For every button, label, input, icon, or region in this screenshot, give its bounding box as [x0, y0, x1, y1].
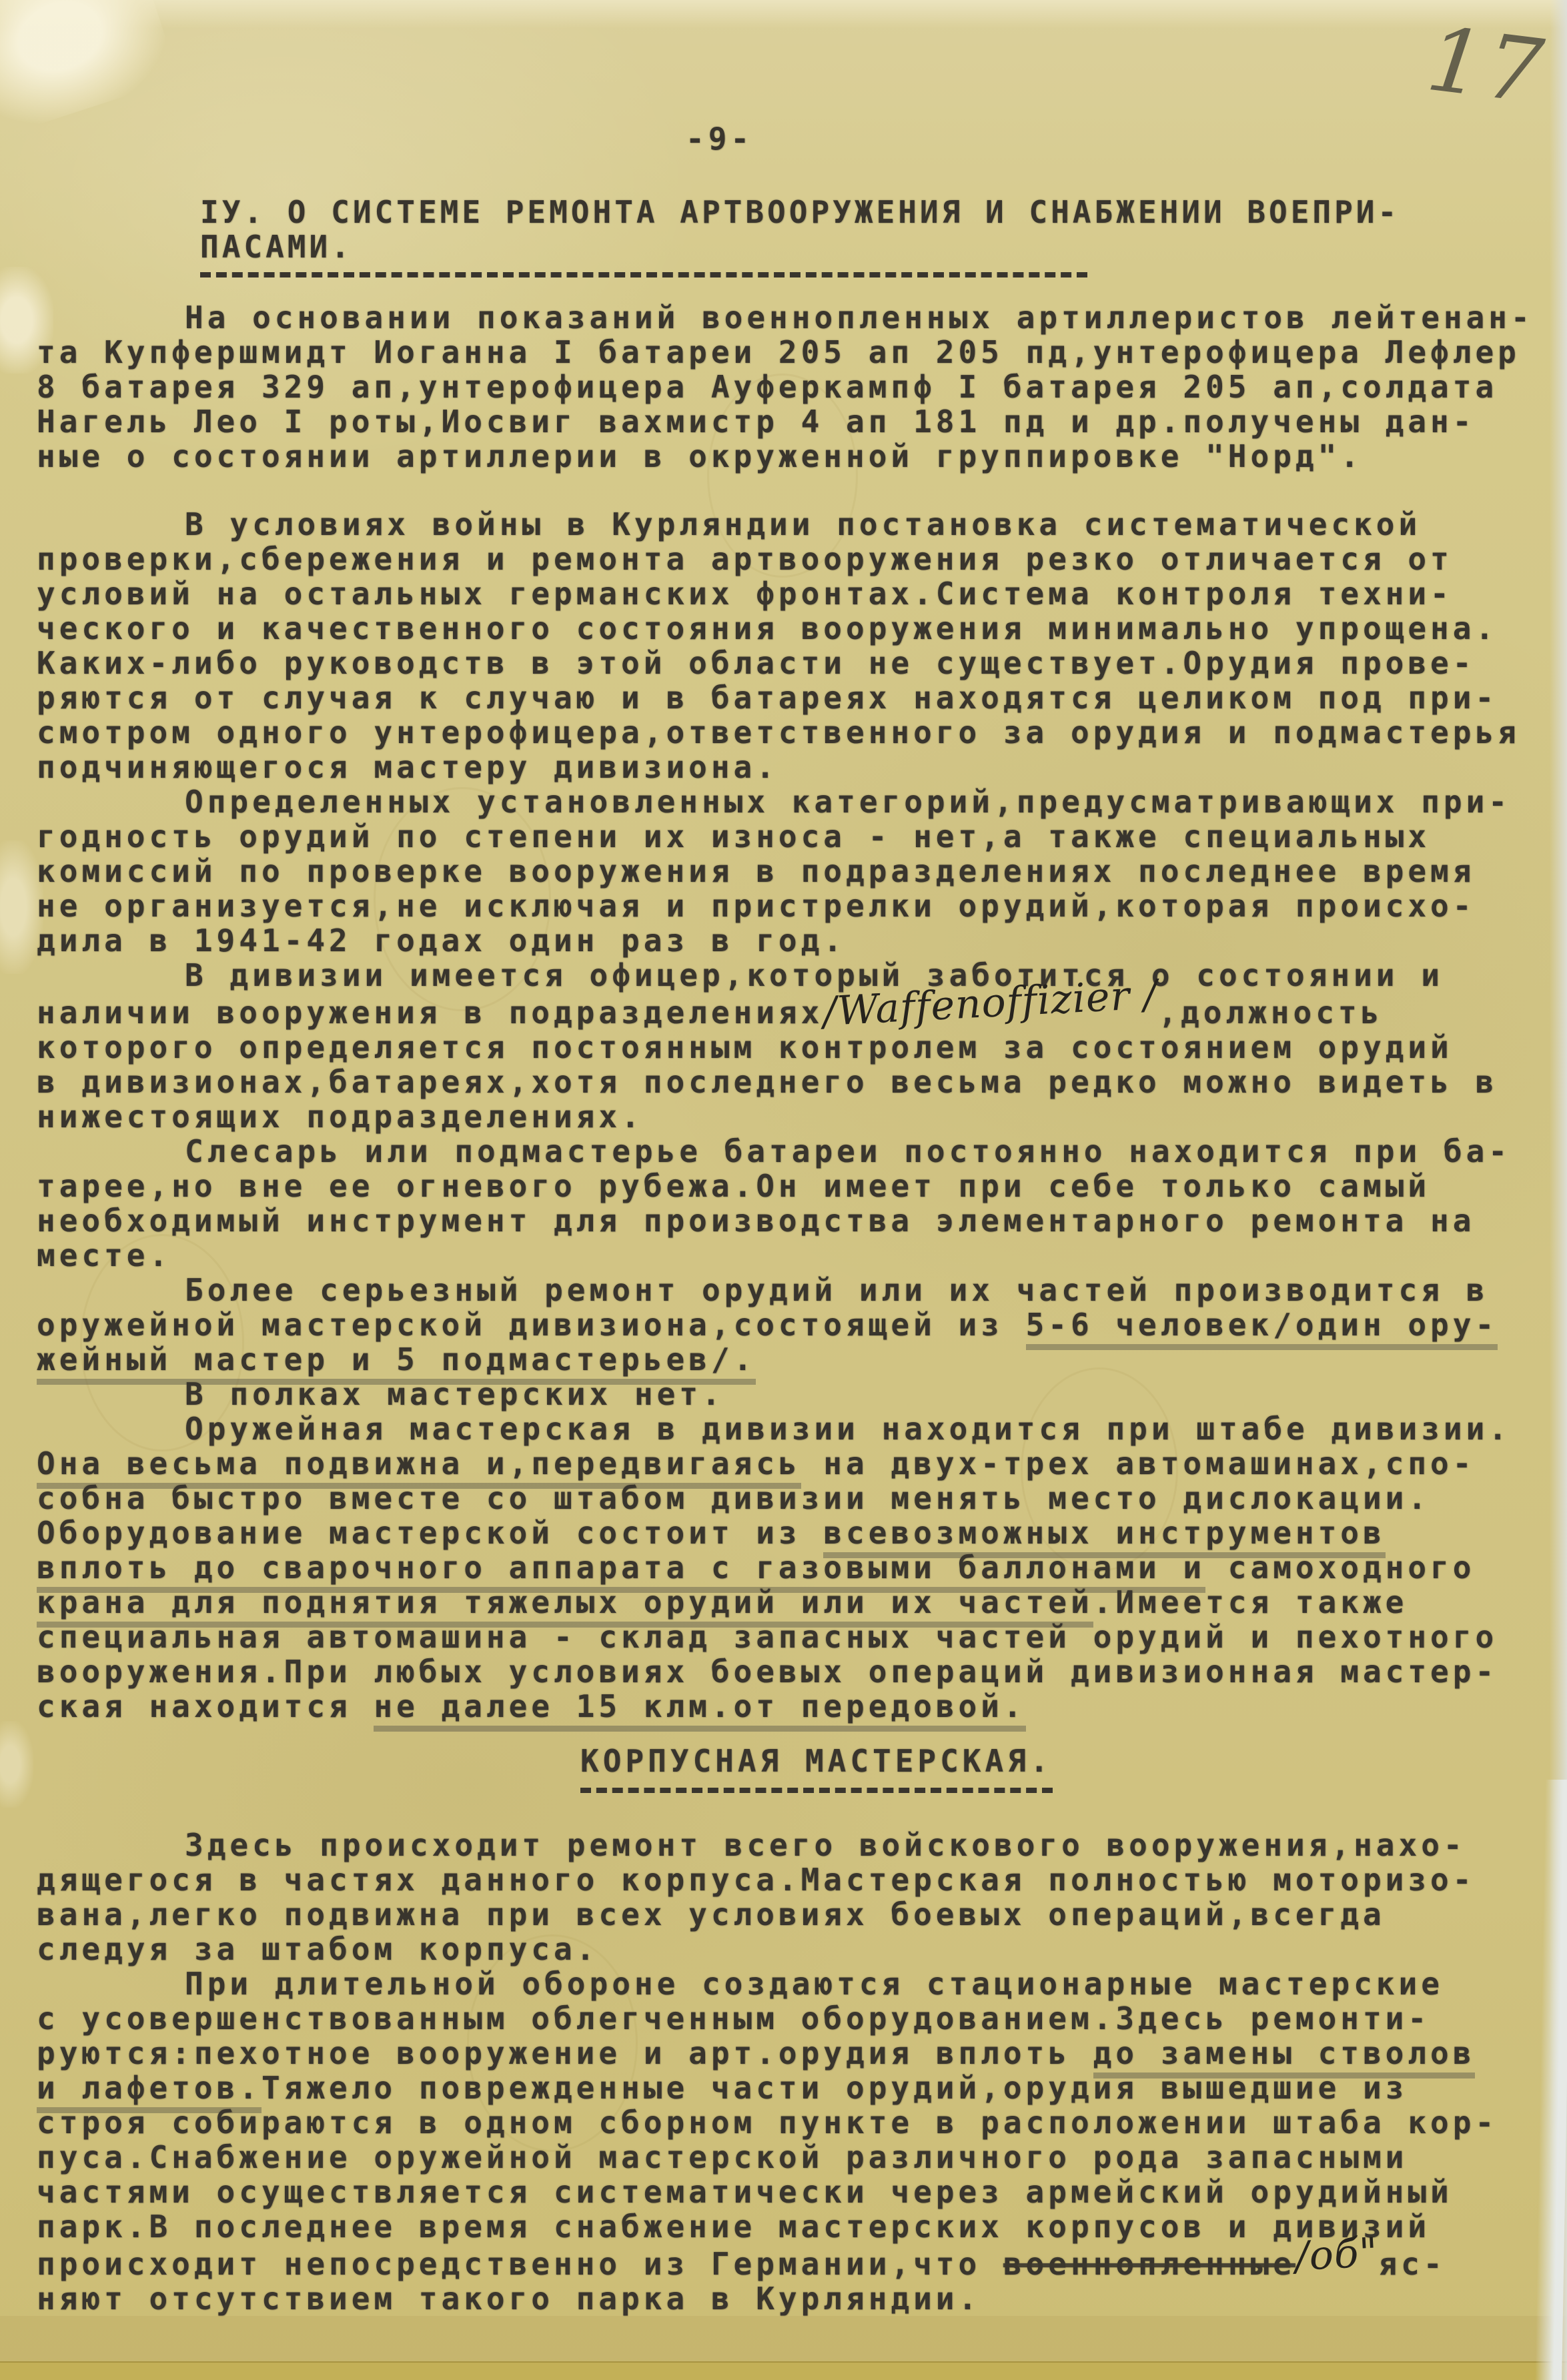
- paragraph: В полках мастерских нет.: [37, 1377, 1551, 1411]
- typed-text: нижестоящих подразделениях.: [37, 1099, 644, 1135]
- typed-text: В условиях войны в Курляндии постановка …: [185, 506, 1421, 542]
- typed-text: пуса.Снабжение оружейной мастерской разл…: [37, 2139, 1408, 2175]
- typed-text: не организуется,не исключая и пристрелки…: [37, 888, 1475, 924]
- typed-page-number: -9-: [686, 121, 753, 156]
- typed-text: смотром одного унтерофицера,ответственно…: [37, 714, 1520, 750]
- typed-line: оружейной мастерской дивизиона,состоящей…: [37, 1307, 1551, 1342]
- typed-line: Оружейная мастерская в дивизии находится…: [37, 1411, 1551, 1446]
- typed-text: .Имеется также: [1093, 1584, 1408, 1620]
- typed-line: месте.: [37, 1238, 1551, 1273]
- typed-text: руются:пехотное вооружение и арт.орудия …: [37, 2035, 1093, 2071]
- typed-line: В условиях войны в Курляндии постановка …: [37, 507, 1551, 542]
- typed-line: вана,легко подвижна при всех условиях бо…: [37, 1897, 1551, 1932]
- subsection-heading: КОРПУСНАЯ МАСТЕРСКАЯ.: [580, 1744, 1551, 1793]
- handwritten-annotation: /об": [1294, 2235, 1379, 2274]
- typed-text: Здесь происходит ремонт всего войскового…: [185, 1827, 1466, 1863]
- pencil-underlined-text: не далее 15 клм.от передовой.: [374, 1688, 1025, 1732]
- typed-line: условий на остальных германских фронтах.…: [37, 576, 1551, 611]
- typed-text: Оружейная мастерская в дивизии находится…: [185, 1411, 1511, 1447]
- typed-text: которого определяется постоянным контрол…: [37, 1029, 1453, 1065]
- typed-line: В дивизии имеется офицер,который заботит…: [37, 958, 1551, 993]
- typed-text: вооружения.При любых условиях боевых опе…: [37, 1654, 1498, 1690]
- typed-line: смотром одного унтерофицера,ответственно…: [37, 715, 1551, 750]
- typed-line: Здесь происходит ремонт всего войскового…: [37, 1828, 1551, 1862]
- typed-line: ряются от случая к случаю и в батареях н…: [37, 680, 1551, 715]
- typed-text: ская находится: [37, 1688, 374, 1724]
- typed-text: ные о состоянии артиллерии в окруженной …: [37, 438, 1363, 474]
- typed-text: парк.В последнее время снабжение мастерс…: [37, 2209, 1430, 2245]
- typed-line: В полках мастерских нет.: [37, 1377, 1551, 1411]
- typed-text: месте.: [37, 1237, 171, 1273]
- typed-text: оружейной мастерской дивизиона,состоящей…: [37, 1307, 1026, 1343]
- typed-line: дила в 1941-42 годах один раз в год.: [37, 923, 1551, 958]
- typed-line: На основании показаний военнопленных арт…: [37, 300, 1551, 335]
- typed-text: 8 батарея 329 ап,унтерофицера Ауферкампф…: [37, 369, 1498, 405]
- pencil-underlined-text: 5-6 человек/один ору-: [1026, 1307, 1498, 1350]
- typed-line: дящегося в частях данного корпуса.Мастер…: [37, 1862, 1551, 1897]
- typed-text: В дивизии имеется офицер,который заботит…: [185, 957, 1444, 993]
- typed-text: собна быстро вместе со штабом дивизии ме…: [37, 1480, 1430, 1516]
- typed-text: происходит непосредственно из Германии,ч…: [37, 2246, 1003, 2282]
- typed-text: няют отсутствием такого парка в Курлянди…: [37, 2281, 981, 2317]
- typed-text: с усовершенствованным облегченным оборуд…: [37, 2000, 1430, 2036]
- typed-text: ,должность: [1158, 995, 1383, 1031]
- typed-line: При длительной обороне создаются стацион…: [37, 1966, 1551, 2001]
- paragraph: В условиях войны в Курляндии постановка …: [37, 507, 1551, 784]
- typed-text: ческого и качественного состояния вооруж…: [37, 610, 1498, 646]
- typed-text: комиссий по проверке вооружения в подраз…: [37, 853, 1475, 889]
- section-heading-line2: ПАСАМИ.: [200, 229, 1087, 277]
- typed-line: Оборудование мастерской состоит из всево…: [37, 1516, 1551, 1550]
- typed-text: в дивизионах,батареях,хотя последнего ве…: [37, 1064, 1498, 1100]
- struck-text: военнопленные: [1003, 2246, 1295, 2282]
- typed-line: пуса.Снабжение оружейной мастерской разл…: [37, 2140, 1551, 2175]
- typed-text: необходимый инструмент для производства …: [37, 1203, 1475, 1239]
- document-body: На основании показаний военнопленных арт…: [37, 300, 1551, 2316]
- typed-text: тарее,но вне ее огневого рубежа.Он имеет…: [37, 1168, 1430, 1204]
- paper-top-light-edge: [0, 0, 1567, 28]
- section-heading-line2-text: ПАСАМИ.: [200, 229, 353, 265]
- scanned-document-page: 17 -9- IУ. О СИСТЕМЕ РЕМОНТА АРТВООРУЖЕН…: [0, 0, 1567, 2380]
- typed-line: которого определяется постоянным контрол…: [37, 1030, 1551, 1065]
- typed-line: няют отсутствием такого парка в Курлянди…: [37, 2281, 1551, 2316]
- typed-text: В полках мастерских нет.: [185, 1376, 724, 1412]
- typed-text: При длительной обороне создаются стацион…: [185, 1966, 1444, 2002]
- typed-text: На основании показаний военнопленных арт…: [185, 300, 1534, 336]
- typed-line: в дивизионах,батареях,хотя последнего ве…: [37, 1065, 1551, 1099]
- typed-text: Слесарь или подмастерье батареи постоянн…: [185, 1133, 1511, 1169]
- typed-line: проверки,сбережения и ремонта артвооруже…: [37, 542, 1551, 576]
- paragraph: Слесарь или подмастерье батареи постоянн…: [37, 1134, 1551, 1273]
- typed-text: подчиняющегося мастеру дивизиона.: [37, 749, 778, 785]
- typed-text: та Купфершмидт Иоганна I батареи 205 ап …: [37, 334, 1520, 370]
- paragraph: Более серьезный ремонт орудий или их час…: [37, 1273, 1551, 1377]
- paragraph: На основании показаний военнопленных арт…: [37, 300, 1551, 474]
- paragraph: Оружейная мастерская в дивизии находится…: [37, 1411, 1551, 1724]
- paper-bottom-shade: [0, 2316, 1567, 2363]
- section-heading-line1: IУ. О СИСТЕМЕ РЕМОНТА АРТВООРУЖЕНИЯ И СН…: [200, 195, 1400, 229]
- typed-text: самоходного: [1205, 1550, 1475, 1586]
- typed-line: нижестоящих подразделениях.: [37, 1099, 1551, 1134]
- typed-line: Каких-либо руководств в этой области не …: [37, 646, 1551, 680]
- typed-line: следуя за штабом корпуса.: [37, 1932, 1551, 1966]
- typed-text: яс-: [1378, 2246, 1446, 2282]
- typed-text: строя собираются в одном сборном пункте …: [37, 2105, 1498, 2141]
- typed-line: необходимый инструмент для производства …: [37, 1203, 1551, 1238]
- typed-line: 8 батарея 329 ап,унтерофицера Ауферкампф…: [37, 370, 1551, 404]
- typed-line: ные о состоянии артиллерии в окруженной …: [37, 439, 1551, 474]
- typed-text: Оборудование мастерской состоит из: [37, 1515, 823, 1551]
- typed-line: специальная автомашина - склад запасных …: [37, 1620, 1551, 1654]
- typed-text: следуя за штабом корпуса.: [37, 1931, 598, 1967]
- typed-text: специальная автомашина - склад запасных …: [37, 1619, 1498, 1655]
- typed-line: Слесарь или подмастерье батареи постоянн…: [37, 1134, 1551, 1169]
- typed-line: Нагель Лео I роты,Иосвиг вахмистр 4 ап 1…: [37, 404, 1551, 439]
- typed-text: Тяжело поврежденные части орудий,орудия …: [262, 2070, 1408, 2106]
- typed-line: тарее,но вне ее огневого рубежа.Он имеет…: [37, 1169, 1551, 1203]
- typed-line: вплоть до сварочного аппарата с газовыми…: [37, 1550, 1551, 1585]
- typed-text: Более серьезный ремонт орудий или их час…: [185, 1272, 1488, 1308]
- typed-line: с усовершенствованным облегченным оборуд…: [37, 2001, 1551, 2036]
- subsection-heading-text: КОРПУСНАЯ МАСТЕРСКАЯ.: [580, 1744, 1053, 1793]
- typed-line: Определенных установленных категорий,пре…: [37, 784, 1551, 819]
- paragraph: В дивизии имеется офицер,который заботит…: [37, 958, 1551, 1134]
- typed-text: частями осуществляется систематически че…: [37, 2174, 1453, 2210]
- typed-text: проверки,сбережения и ремонта артвооруже…: [37, 541, 1453, 577]
- typed-line: руются:пехотное вооружение и арт.орудия …: [37, 2036, 1551, 2070]
- next-page-edge: [0, 2361, 1567, 2380]
- typed-line: частями осуществляется систематически че…: [37, 2175, 1551, 2209]
- typed-line: подчиняющегося мастеру дивизиона.: [37, 750, 1551, 784]
- typed-text: ряются от случая к случаю и в батареях н…: [37, 680, 1498, 716]
- paragraph: Здесь происходит ремонт всего войскового…: [37, 1828, 1551, 1966]
- paragraph: При длительной обороне создаются стацион…: [37, 1966, 1551, 2316]
- typed-line: собна быстро вместе со штабом дивизии ме…: [37, 1481, 1551, 1516]
- typed-text: Каких-либо руководств в этой области не …: [37, 645, 1475, 681]
- typed-line: вооружения.При любых условиях боевых опе…: [37, 1654, 1551, 1689]
- typed-line: наличии вооружения в подразделениях/Waff…: [37, 993, 1551, 1030]
- typed-line: Более серьезный ремонт орудий или их час…: [37, 1273, 1551, 1307]
- typed-line: та Купфершмидт Иоганна I батареи 205 ап …: [37, 335, 1551, 370]
- typed-text: дила в 1941-42 годах один раз в год.: [37, 923, 846, 959]
- typed-line: и лафетов.Тяжело поврежденные части оруд…: [37, 2070, 1551, 2105]
- handwritten-page-number: 17: [1422, 8, 1550, 124]
- typed-line: Она весьма подвижна и,передвигаясь на дв…: [37, 1446, 1551, 1481]
- typed-line: ская находится не далее 15 клм.от передо…: [37, 1689, 1551, 1724]
- typed-line: происходит непосредственно из Германии,ч…: [37, 2244, 1551, 2281]
- typed-text: Определенных установленных категорий,пре…: [185, 784, 1511, 820]
- typed-line: крана для поднятия тяжелых орудий или их…: [37, 1585, 1551, 1620]
- typed-text: на двух-трех автомашинах,спо-: [801, 1445, 1476, 1481]
- typed-text: Нагель Лео I роты,Иосвиг вахмистр 4 ап 1…: [37, 404, 1475, 440]
- typed-text: годность орудий по степени их износа - н…: [37, 818, 1430, 854]
- typed-line: не организуется,не исключая и пристрелки…: [37, 888, 1551, 923]
- section-heading: IУ. О СИСТЕМЕ РЕМОНТА АРТВООРУЖЕНИЯ И СН…: [200, 195, 1400, 277]
- typed-text: вана,легко подвижна при всех условиях бо…: [37, 1896, 1386, 1932]
- typed-text: дящегося в частях данного корпуса.Мастер…: [37, 1862, 1475, 1898]
- typed-text: наличии вооружения в подразделениях: [37, 995, 823, 1031]
- typed-line: ческого и качественного состояния вооруж…: [37, 611, 1551, 646]
- paper-damage-left: [0, 1721, 33, 1808]
- typed-line: комиссий по проверке вооружения в подраз…: [37, 854, 1551, 888]
- typed-line: годность орудий по степени их износа - н…: [37, 819, 1551, 854]
- typed-text: условий на остальных германских фронтах.…: [37, 576, 1453, 612]
- paragraph: Определенных установленных категорий,пре…: [37, 784, 1551, 958]
- typed-line: строя собираются в одном сборном пункте …: [37, 2105, 1551, 2140]
